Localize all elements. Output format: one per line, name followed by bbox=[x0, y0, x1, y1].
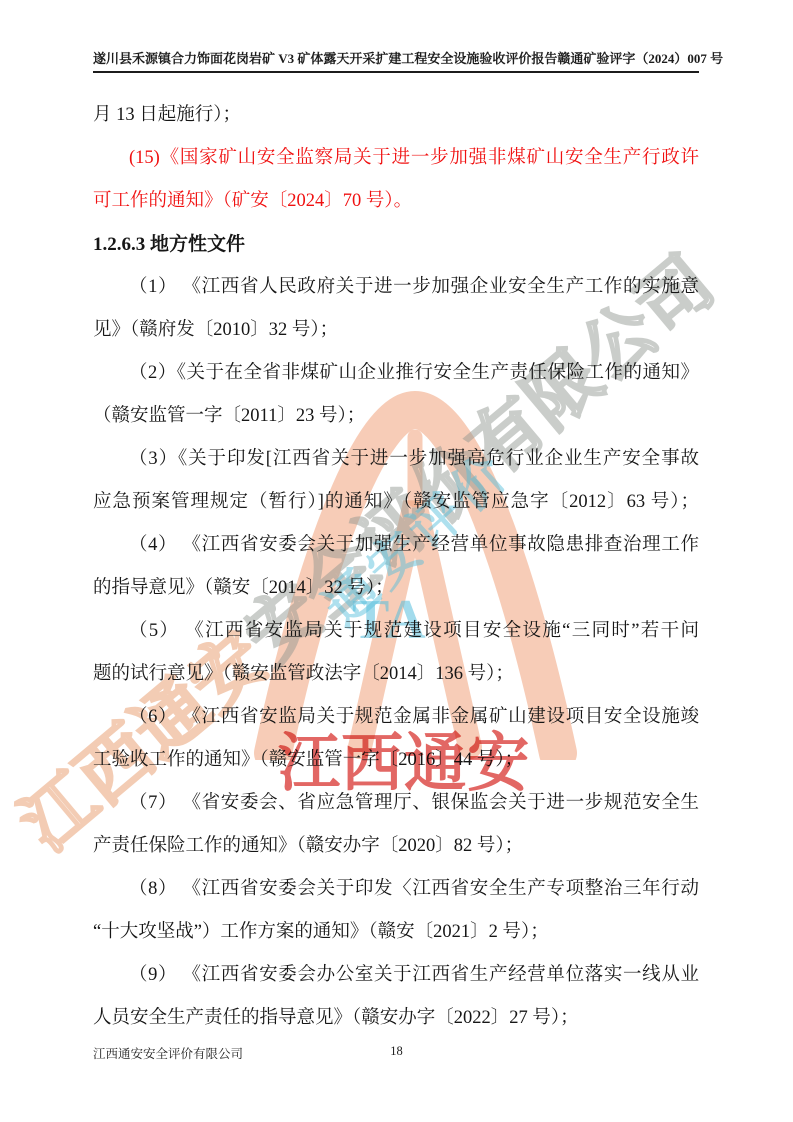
document-page: 江西通安安全评价有限公司 通安评价 TA 遂川县禾源镇合力饰面花岗岩矿 V3 矿… bbox=[0, 0, 793, 1122]
body-line: （赣安监管一字〔2011〕23 号）； bbox=[93, 395, 699, 438]
section-heading: 1.2.6.3 地方性文件 bbox=[93, 223, 699, 266]
body-line: （1） 《江西省人民政府关于进一步加强企业安全生产工作的实施意 bbox=[93, 266, 699, 309]
body-line: （2）《关于在全省非煤矿山企业推行安全生产责任保险工作的通知》 bbox=[93, 352, 699, 395]
body-line: 产责任保险工作的通知》（赣安办字〔2020〕82 号）； bbox=[93, 825, 699, 868]
body-line: 月 13 日起施行）； bbox=[93, 94, 699, 137]
body-line: 的指导意见》（赣安〔2014〕32 号）； bbox=[93, 567, 699, 610]
body-line: 人员安全生产责任的指导意见》（赣安办字〔2022〕27 号）； bbox=[93, 997, 699, 1040]
body-line: （9） 《江西省安委会办公室关于江西省生产经营单位落实一线从业 bbox=[93, 954, 699, 997]
body-line: “十大攻坚战”）工作方案的通知》（赣安〔2021〕2 号）； bbox=[93, 911, 699, 954]
body-line: 工验收工作的通知》（赣安监管一字〔2016〕44 号）； bbox=[93, 739, 699, 782]
body-line: (15)《国家矿山安全监察局关于进一步加强非煤矿山安全生产行政许 bbox=[93, 137, 699, 180]
body-text: 月 13 日起施行）； (15)《国家矿山安全监察局关于进一步加强非煤矿山安全生… bbox=[93, 94, 699, 1040]
footer-company-name: 江西通安安全评价有限公司 bbox=[93, 1044, 243, 1062]
body-line: （6） 《江西省安监局关于规范金属非金属矿山建设项目安全设施竣 bbox=[93, 696, 699, 739]
body-line: （8） 《江西省安委会关于印发〈江西省安全生产专项整治三年行动 bbox=[93, 868, 699, 911]
body-line: （4） 《江西省安委会关于加强生产经营单位事故隐患排查治理工作 bbox=[93, 524, 699, 567]
body-line: （3）《关于印发[江西省关于进一步加强高危行业企业生产安全事故 bbox=[93, 438, 699, 481]
header-report-title: 遂川县禾源镇合力饰面花岗岩矿 V3 矿体露天开采扩建工程安全设施验收评价报告 bbox=[93, 48, 557, 67]
body-line: （5） 《江西省安监局关于规范建设项目安全设施“三同时”若干问 bbox=[93, 610, 699, 653]
body-line: 应急预案管理规定（暂行）]的通知》（赣安监管应急字〔2012〕63 号）； bbox=[93, 481, 699, 524]
header-doc-number: 赣通矿验评字（2024）007 号 bbox=[557, 48, 723, 67]
body-line: 可工作的通知》（矿安〔2024〕70 号）。 bbox=[93, 180, 699, 223]
page-header: 遂川县禾源镇合力饰面花岗岩矿 V3 矿体露天开采扩建工程安全设施验收评价报告 赣… bbox=[93, 48, 699, 73]
body-line: （7） 《省安委会、省应急管理厅、银保监会关于进一步规范安全生 bbox=[93, 782, 699, 825]
body-line: 题的试行意见》（赣安监管政法字〔2014〕136 号）； bbox=[93, 653, 699, 696]
body-line: 见》（赣府发〔2010〕32 号）； bbox=[93, 309, 699, 352]
